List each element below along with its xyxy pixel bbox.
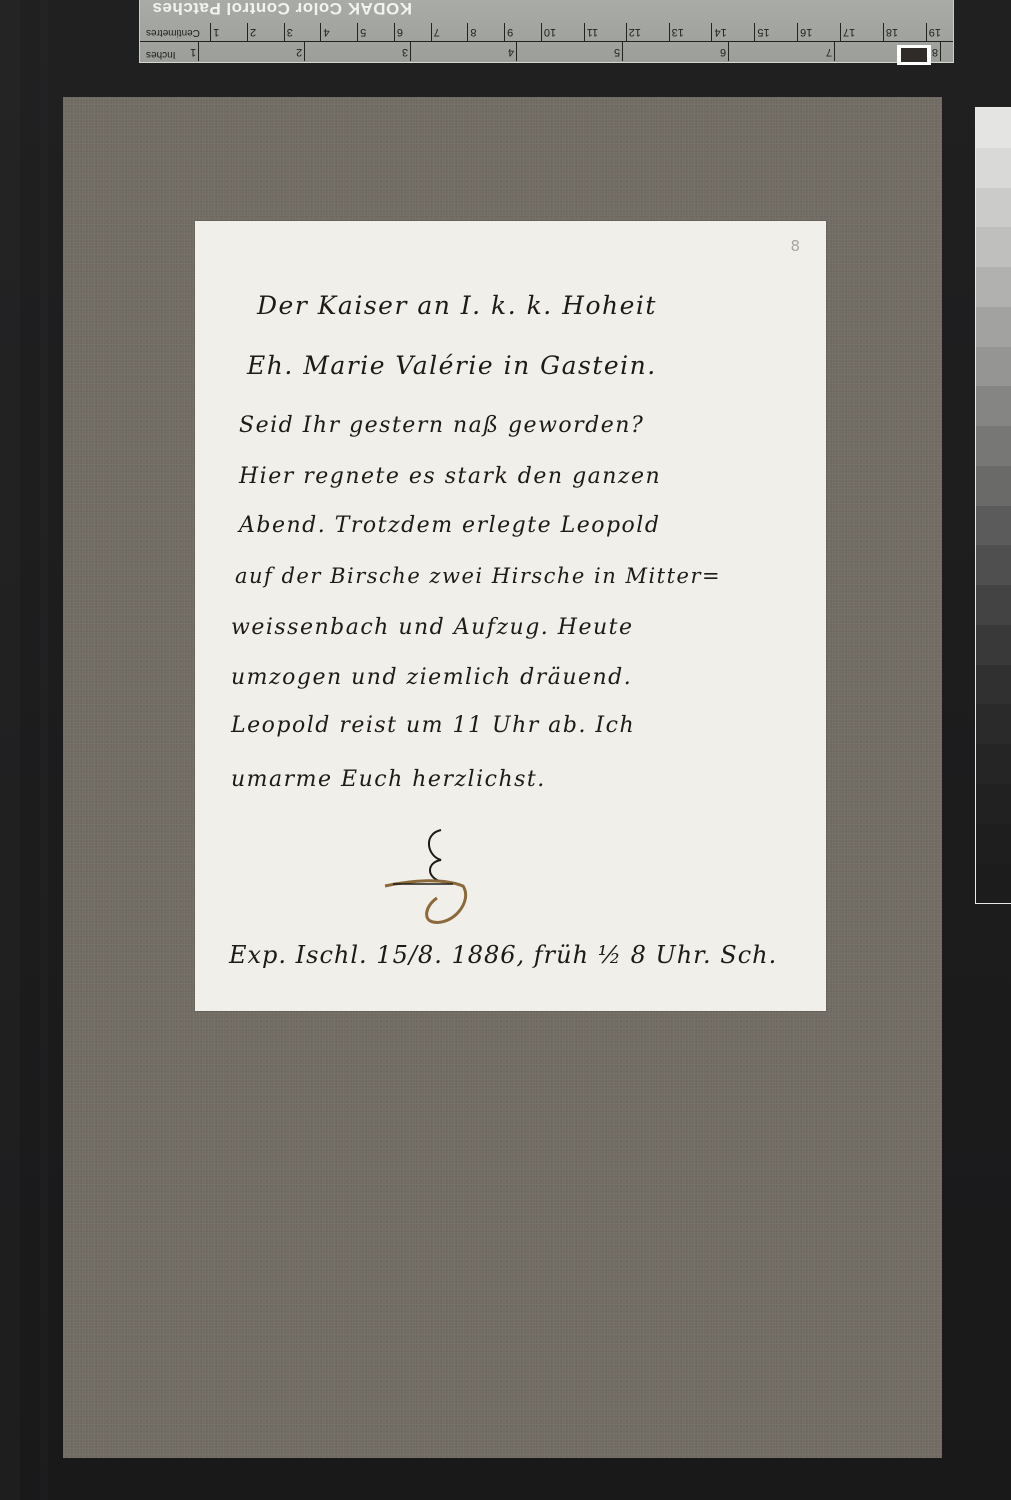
inch-tick: 3: [402, 42, 411, 61]
gray-step: [976, 784, 1011, 824]
cm-tick: 6: [394, 23, 403, 41]
gray-step: [976, 386, 1011, 426]
letter-page: 8 Der Kaiser an I. k. k. Hoheit Eh. Mari…: [195, 221, 826, 1011]
monogram-signature-icon: [383, 826, 473, 936]
gray-step: [976, 108, 1011, 148]
inch-ruler: 1 2 3 4 5 6 7 8: [190, 42, 941, 61]
gray-step: [976, 585, 1011, 625]
gray-step: [976, 307, 1011, 347]
cm-tick: 11: [584, 23, 598, 41]
cm-tick: 18: [883, 23, 898, 41]
body-line-1: Seid Ihr gestern naß geworden?: [239, 413, 644, 438]
inch-tick: 8: [932, 42, 941, 61]
gray-step: [976, 506, 1011, 546]
cm-tick: 12: [626, 23, 641, 41]
inch-tick: 4: [508, 42, 517, 61]
cm-tick: 16: [797, 23, 812, 41]
gray-step: [976, 545, 1011, 585]
cm-tick: 17: [840, 23, 855, 41]
cm-tick: 8: [467, 23, 476, 41]
gray-step: [976, 704, 1011, 744]
body-line-7: Leopold reist um 11 Uhr ab. Ich: [231, 713, 635, 738]
cm-tick: 7: [431, 23, 440, 41]
gray-step: [976, 863, 1011, 903]
gray-step: [976, 426, 1011, 466]
gray-step: [976, 744, 1011, 784]
body-line-6: umzogen und ziemlich dräuend.: [231, 665, 632, 690]
cm-tick: 1: [210, 23, 219, 41]
kodak-brand-text: KODAK Color Control Patches: [152, 0, 412, 18]
gray-step: [976, 466, 1011, 506]
cm-tick: 3: [284, 23, 293, 41]
gray-step: [976, 267, 1011, 307]
cm-tick: 9: [504, 23, 513, 41]
cm-tick: 14: [711, 23, 726, 41]
gray-step: [976, 824, 1011, 864]
inches-label: Inches: [146, 49, 175, 60]
centimetre-ruler: 1 2 3 4 5 6 7 8 9 10 11 12 13 14 15 16 1…: [210, 21, 941, 41]
body-line-8: umarme Euch herzlichst.: [231, 767, 546, 792]
kodak-color-scale: Inches 1 2 3 4 5 6 7 8 Centimetres 1 2 3…: [139, 0, 954, 63]
address-line-2: Eh. Marie Valérie in Gastein.: [247, 351, 657, 380]
address-line-1: Der Kaiser an I. k. k. Hoheit: [257, 291, 657, 320]
inch-tick: 7: [826, 42, 835, 61]
inch-tick: 2: [296, 42, 305, 61]
body-line-2: Hier regnete es stark den ganzen: [239, 464, 661, 489]
body-line-5: weissenbach und Aufzug. Heute: [231, 615, 634, 640]
cm-tick: 4: [320, 23, 329, 41]
cm-tick: 2: [247, 23, 256, 41]
gray-step: [976, 347, 1011, 387]
centimetres-label: Centimetres: [146, 27, 200, 38]
gray-step: [976, 625, 1011, 665]
cm-tick: 19: [926, 23, 941, 41]
inch-tick: 1: [190, 42, 199, 61]
cm-tick: 10: [541, 23, 556, 41]
kodak-logo-icon: [897, 45, 931, 65]
cm-tick: 5: [357, 23, 366, 41]
ruler-baseline: [140, 41, 953, 42]
dateline: Exp. Ischl. 15/8. 1886, früh ½ 8 Uhr. Sc…: [229, 941, 777, 969]
gray-step-wedge: [975, 107, 1011, 904]
body-line-3: Abend. Trotzdem erlegte Leopold: [239, 513, 660, 538]
gray-step: [976, 665, 1011, 705]
cm-tick: 13: [669, 23, 684, 41]
gray-step: [976, 227, 1011, 267]
cm-tick: 15: [754, 23, 769, 41]
gray-step: [976, 188, 1011, 228]
inch-tick: 6: [720, 42, 729, 61]
inch-tick: 5: [614, 42, 623, 61]
gray-step: [976, 148, 1011, 188]
folio-number: 8: [790, 237, 800, 255]
body-line-4: auf der Birsche zwei Hirsche in Mitter=: [235, 564, 721, 588]
